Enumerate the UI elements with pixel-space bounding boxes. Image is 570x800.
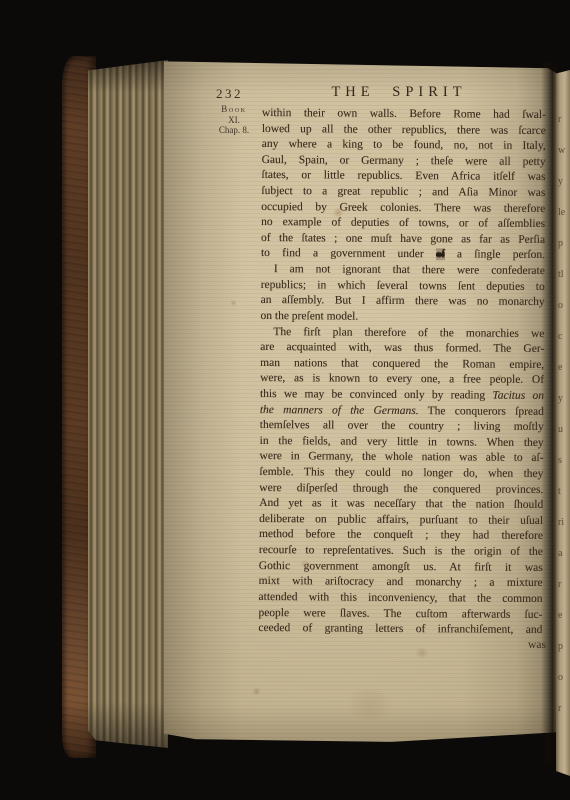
text-segment: within their own walls. Before Rome had … [262,107,546,121]
facing-page-fragment: r [558,104,565,135]
text-segment: method before the conqueſt ; they had th… [259,528,543,542]
text-segment: occupied by Greek colonies. There was th… [261,201,545,215]
text-segment: deliberate on public affairs, purſuant t… [259,513,543,527]
text-segment: people were ſlaves. The cuſtom afterward… [258,606,542,620]
page-edge-stack [88,58,168,750]
text-segment: themſelves all over the country ; living… [260,419,544,433]
text-line: mixt with ariſtocracy and monarchy ; a m… [259,574,543,592]
text-segment: no example of deputies of towns, or of a… [261,216,545,230]
text-segment: ceeded of granting letters of infranchiſ… [258,622,542,636]
text-line: I am not ignorant that there were confed… [261,262,545,280]
text-line: on the preſent model. [260,309,544,327]
text-segment: were in Germany, the whole nation was ab… [260,450,544,464]
text-segment: of the ſtates ; one muſt have gone as fa… [261,232,545,246]
italic-text: Tacitus on [492,390,544,402]
text-segment: recourſe to repreſentatives. Such is the… [259,544,543,558]
margin-note-book: Book [208,104,260,115]
text-segment: attended with this inconveniency, that t… [259,591,543,605]
facing-page-fragment: y [558,383,565,414]
struck-word: of [436,249,445,261]
text-line: this we may be convinced only by reading… [260,387,544,405]
text-segment: man nations that conquered the Roman emp… [260,357,544,371]
text-segment: ſemble. This they could no longer do, wh… [259,466,543,480]
text-segment: this we may be convinced only by reading [260,388,493,402]
text-segment: any where a king to be found, no, not in… [262,138,546,152]
text-segment: lowed up all the other republics, there … [262,123,546,137]
running-header: THE SPIRIT [316,84,482,101]
text-line: And yet as it was neceſſary that the nat… [259,496,543,514]
text-segment: mixt with ariſtocracy and monarchy ; a m… [259,575,543,589]
page-number: 232 [216,86,243,102]
facing-page-fragment: r [558,569,565,600]
facing-page-fragment: u [558,414,565,445]
facing-page-fragment: tl [558,259,565,290]
facing-page-fragment: le [558,197,565,228]
text-line: any where a king to be found, no, not in… [262,137,546,155]
text-segment: ſubject to a great republic ; and Aſia M… [261,185,545,199]
text-segment: I am not ignorant that there were confed… [274,263,545,277]
facing-page-fragment: p [558,631,565,662]
text-segment: Gothic government amongſt us. At firſt i… [259,560,543,574]
text-line: ſemble. This they could no longer do, wh… [259,465,543,483]
text-line: ceeded of granting letters of infranchiſ… [258,621,542,639]
facing-page-fragment: e [558,352,565,383]
text-line: are acquainted with, was thus formed. Th… [260,340,544,358]
text-segment: ſtates, or little republics. Even Africa… [261,169,545,183]
text-segment: in the fields, and very little in towns.… [260,435,544,449]
text-segment: on the preſent model. [260,310,358,323]
catchword: was [262,637,546,651]
facing-page-sliver: rwyleptloceyustriarepor [556,70,570,776]
facing-page-fragment: p [558,228,565,259]
text-line: recourſe to repreſentatives. Such is the… [259,543,543,561]
text-segment: were diſperſed through the conquered pro… [259,482,543,496]
facing-page-fragment: w [558,135,565,166]
facing-page-fragment: t [558,476,565,507]
text-segment: are acquainted with, was thus formed. Th… [260,341,544,355]
text-line: ſubject to a great republic ; and Aſia M… [261,184,545,202]
text-line: attended with this inconveniency, that t… [259,590,543,608]
italic-text: the manners of the Germans. [260,404,419,417]
facing-page-fragment: o [558,290,565,321]
facing-page-fragment: y [558,166,565,197]
facing-page-fragment: e [558,600,565,631]
facing-page-fragment: o [558,662,565,693]
margin-note-volume: XI. [208,115,260,126]
text-segment: a ſingle perſon. [445,249,545,262]
facing-page-fragment: ri [558,507,565,538]
margin-note: Book XI. Chap. 8. [208,104,260,136]
text-segment: republics; in which ſeveral towns ſent d… [261,279,545,293]
text-line: within their own walls. Before Rome had … [262,106,546,124]
facing-page-fragment: a [558,538,565,569]
text-segment: to find a government under [261,247,436,260]
facing-page-fragment: r [558,693,565,724]
text-segment: The firſt plan therefore of the monarchi… [273,326,544,340]
text-segment: an aſſembly. But I affirm there was no m… [261,294,545,308]
margin-note-chapter: Chap. 8. [208,125,260,136]
facing-page-fragment: s [558,445,565,476]
book-photograph: rwyleptloceyustriarepor 232 THE SPIRIT B… [0,0,570,800]
text-line: themſelves all over the country ; living… [260,418,544,436]
text-segment: were, as is known to every one, a free p… [260,372,544,386]
facing-page-text-fragments: rwyleptloceyustriarepor [558,104,565,724]
text-line: no example of deputies of towns, or of a… [261,215,545,233]
text-segment: The conquerors ſpread [419,405,544,418]
body-text: within their own walls. Before Rome had … [258,106,546,639]
text-segment: Gaul, Spain, or Germany ; theſe were all… [262,154,546,168]
text-segment: And yet as it was neceſſary that the nat… [259,497,543,511]
facing-page-fragment: c [558,321,565,352]
text-line: an aſſembly. But I affirm there was no m… [261,293,545,311]
